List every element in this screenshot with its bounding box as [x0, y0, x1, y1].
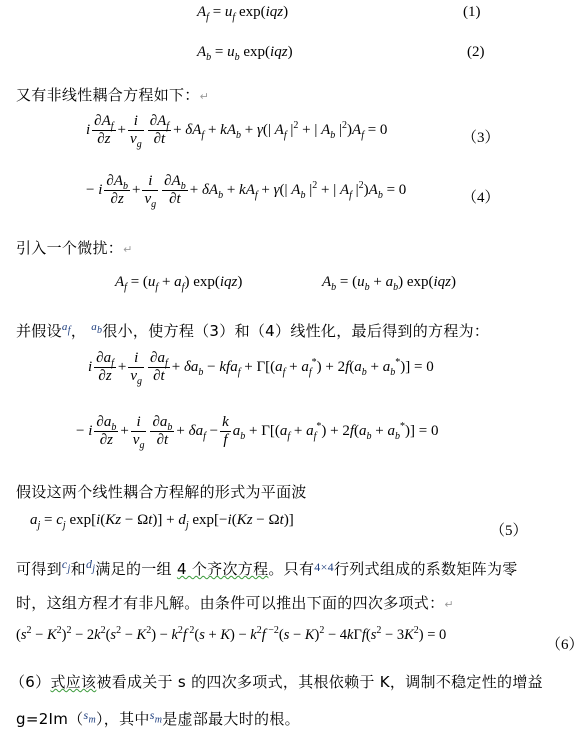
paragraph-coupled-equations-intro: 又有非线性耦合方程如下：↵ — [16, 84, 209, 105]
inline-math-matrix-size: 4×4 — [314, 560, 334, 574]
grammar-flagged-text[interactable]: 式应该 — [50, 673, 96, 691]
paragraph-text: 行列式组成的系数矩阵为零 — [334, 560, 518, 578]
equation-6-number: （6） — [546, 633, 584, 654]
inline-math-ab: ab — [91, 321, 102, 333]
paragraph-quartic-polynomial: （6）式应该被看成关于 s 的四次多项式，其根依赖于 K，调制不稳定性的增益 — [10, 671, 543, 692]
inline-math-sm-2: sm — [150, 708, 163, 722]
paragraph-text: g=2Im（ — [16, 710, 83, 728]
paragraph-homogeneous-equations: 可得到cj和dj满足的一组 4 个齐次方程。只有4×4行列式组成的系数矩阵为零 — [16, 557, 518, 579]
equation-6: (s2 − K2)2 − 2k2(s2 − K2) − k2f 2(s + K)… — [16, 627, 446, 644]
paragraph-linearization: 并假设af， ab很小，使方程（3）和（4）线性化，最后得到的方程为： — [16, 320, 489, 341]
equation-3: i∂Af∂z+ivg∂Af∂t+ δAf + kAb + γ(| Af |2 +… — [86, 113, 387, 148]
equation-1: Af = uf exp(iqz) — [197, 4, 288, 21]
paragraph-text: 可得到 — [16, 560, 62, 578]
paragraph-return-mark: ↵ — [444, 598, 454, 611]
inline-math-cj: cj — [62, 557, 71, 571]
paragraph-plane-wave: 假设这两个线性耦合方程解的形式为平面波 — [16, 481, 307, 502]
paragraph-text: 引入一个微扰： — [16, 239, 123, 257]
paragraph-text: 很小，使方程（3）和（4）线性化，最后得到的方程为： — [102, 322, 489, 340]
perturbation-equation-backward: Ab = (ub + ab) exp(iqz) — [322, 274, 456, 291]
inline-math-dj: dj — [86, 557, 95, 571]
paragraph-text: 满足的一组 — [95, 560, 172, 578]
paragraph-perturbation-intro: 引入一个微扰：↵ — [16, 237, 133, 258]
equation-3-number: （3） — [462, 126, 500, 147]
linearized-equation-1: i∂af∂z+ivg∂af∂t+ δab − kfaf + Γ[(af + af… — [88, 350, 434, 385]
paragraph-nontrivial-solution: 时，这组方程才有非凡解。由条件可以推出下面的四次多项式：↵ — [16, 592, 454, 613]
paragraph-text: 并假设 — [16, 322, 62, 340]
paragraph-return-mark: ↵ — [200, 90, 210, 103]
equation-2: Ab = ub exp(iqz) — [197, 44, 293, 61]
equation-5-number: （5） — [490, 519, 528, 540]
equation-2-number: (2) — [467, 44, 485, 61]
paragraph-text: ， — [71, 322, 86, 340]
paragraph-return-mark: ↵ — [123, 243, 133, 256]
equation-4-number: （4） — [462, 186, 500, 207]
inline-math-af: af — [62, 321, 71, 333]
equation-1-number: (1) — [463, 4, 481, 21]
equation-4: − i∂Ab∂z+ivg∂Ab∂t+ δAb + kAf + γ(| Ab |2… — [86, 173, 406, 208]
paragraph-text: （6） — [10, 673, 50, 691]
grammar-flagged-text[interactable]: 4 个齐次方程 — [177, 560, 268, 578]
paragraph-text: 。只有 — [268, 560, 314, 578]
perturbation-equation-forward: Af = (uf + af) exp(iqz) — [115, 274, 242, 291]
equation-5: aj = cj exp[i(Kz − Ωt)] + dj exp[−i(Kz −… — [30, 512, 294, 529]
paragraph-text: 时，这组方程才有非凡解。由条件可以推出下面的四次多项式： — [16, 594, 444, 612]
paragraph-text: 被看成关于 s 的四次多项式，其根依赖于 K，调制不稳定性的增益 — [96, 673, 543, 691]
inline-math-sm: sm — [83, 708, 96, 722]
paragraph-text: 又有非线性耦合方程如下： — [16, 86, 200, 104]
paragraph-text: 和 — [71, 560, 86, 578]
paragraph-gain-definition: g=2Im（sm），其中sm是虚部最大时的根。 — [16, 708, 300, 729]
paragraph-text: ），其中 — [96, 710, 150, 728]
paragraph-text: 是虚部最大时的根。 — [162, 710, 300, 728]
linearized-equation-2: − i∂ab∂z+ivg∂ab∂t+ δaf −kfab + Γ[(af + a… — [76, 414, 438, 449]
